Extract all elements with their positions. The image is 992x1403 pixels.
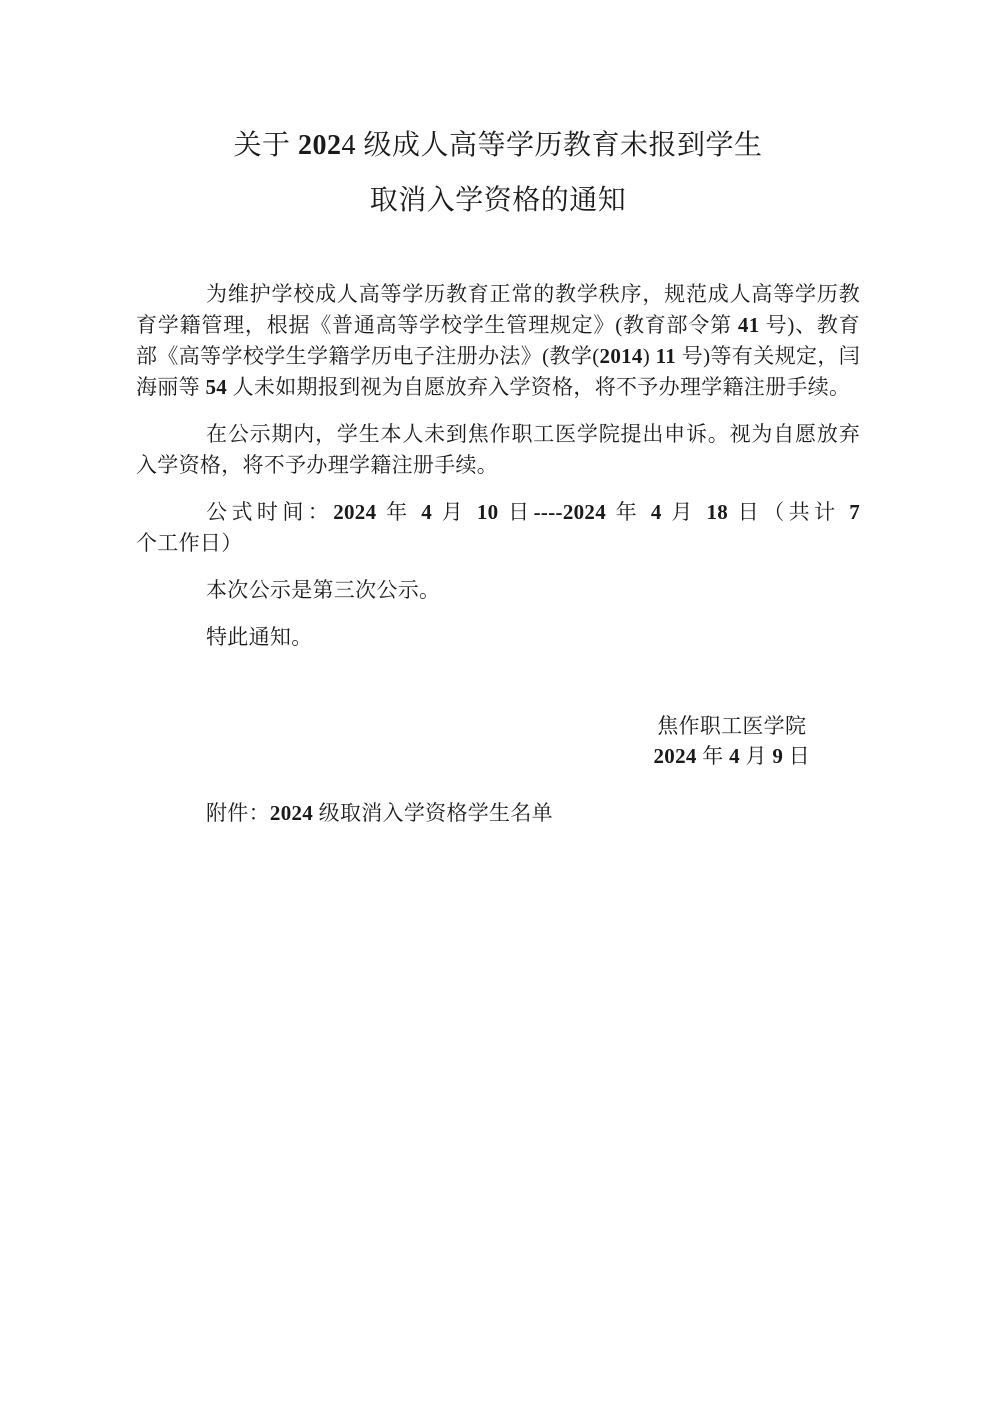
text-run: 日 (498, 500, 533, 524)
paragraph-appeal-period: 在公示期内，学生本人未到焦作职工医学院提出申诉。视为自愿放弃入学资格，将不予办理… (136, 419, 860, 481)
text-run: 关于 (233, 130, 298, 161)
paragraph-closing: 特此通知。 (136, 622, 860, 653)
bold-text-run: 7 (849, 500, 860, 524)
bold-text-run: 202 (298, 130, 342, 161)
bold-text-run: 2024 (654, 744, 697, 768)
bold-text-run: 4 (729, 744, 740, 768)
text-run: 年 (376, 500, 421, 524)
text-run: 月 (662, 500, 707, 524)
notice-title-line-2: 取消入学资格的通知 (136, 186, 860, 216)
text-run: 年 (697, 744, 729, 768)
text-run: 月 (432, 500, 477, 524)
signature-block: 焦作职工医学院 2024 年 4 月 9 日 (654, 711, 811, 771)
bold-text-run: 41 (738, 313, 760, 337)
notice-title-line-1: 关于 2024 级成人高等学历教育未报到学生 (136, 131, 860, 161)
text-run: 附件： (206, 801, 270, 825)
bold-text-run: 2024 (333, 500, 376, 524)
paragraph-third-announcement: 本次公示是第三次公示。 (136, 575, 860, 606)
signature-date: 2024 年 4 月 9 日 (654, 741, 811, 771)
text-run: 级取消入学资格学生名单 (313, 801, 553, 825)
text-run: 日（共计 (728, 500, 849, 524)
text-run: 4 级成人高等学历教育未报到学生 (342, 130, 763, 161)
bold-text-run: 18 (706, 500, 728, 524)
text-run: 人未如期报到视为自愿放弃入学资格，将不予办理学籍注册手续。 (227, 375, 850, 399)
notice-body: 为维护学校成人高等学历教育正常的教学秩序，规范成人高等学历教育学籍管理，根据《普… (136, 279, 860, 653)
bold-text-run: 4 (421, 500, 432, 524)
bold-text-run: 2024 (270, 801, 313, 825)
paragraph-publicity-time: 公式时间：2024 年 4 月 10 日----2024 年 4 月 18 日（… (136, 497, 860, 559)
text-run: 本次公示是第三次公示。 (206, 578, 440, 602)
bold-text-run: 10 (477, 500, 499, 524)
bold-text-run: 4 (651, 500, 662, 524)
bold-text-run: 2024 (563, 500, 606, 524)
bold-text-run: 9 (772, 744, 783, 768)
notice-document-page: 关于 2024 级成人高等学历教育未报到学生 取消入学资格的通知 为维护学校成人… (0, 0, 992, 1403)
paragraph-legal-basis: 为维护学校成人高等学历教育正常的教学秩序，规范成人高等学历教育学籍管理，根据《普… (136, 279, 860, 403)
bold-text-run: 11 (656, 344, 676, 368)
attachment-line: 附件：2024 级取消入学资格学生名单 (136, 798, 860, 829)
text-run: 日 (783, 744, 810, 768)
text-run: 特此通知。 (206, 625, 313, 649)
bold-text-run: 2014 (600, 344, 643, 368)
text-run: 公式时间： (206, 500, 333, 524)
text-run: 年 (606, 500, 651, 524)
bold-text-run: 54 (205, 375, 227, 399)
bold-text-run: ---- (534, 500, 563, 524)
text-run: ) (643, 344, 656, 368)
text-run: 在公示期内，学生本人未到焦作职工医学院提出申诉。视为自愿放弃入学资格，将不予办理… (136, 422, 860, 477)
text-run: 个工作日） (136, 531, 243, 555)
text-run: 月 (740, 744, 772, 768)
signature-organization: 焦作职工医学院 (654, 711, 811, 741)
